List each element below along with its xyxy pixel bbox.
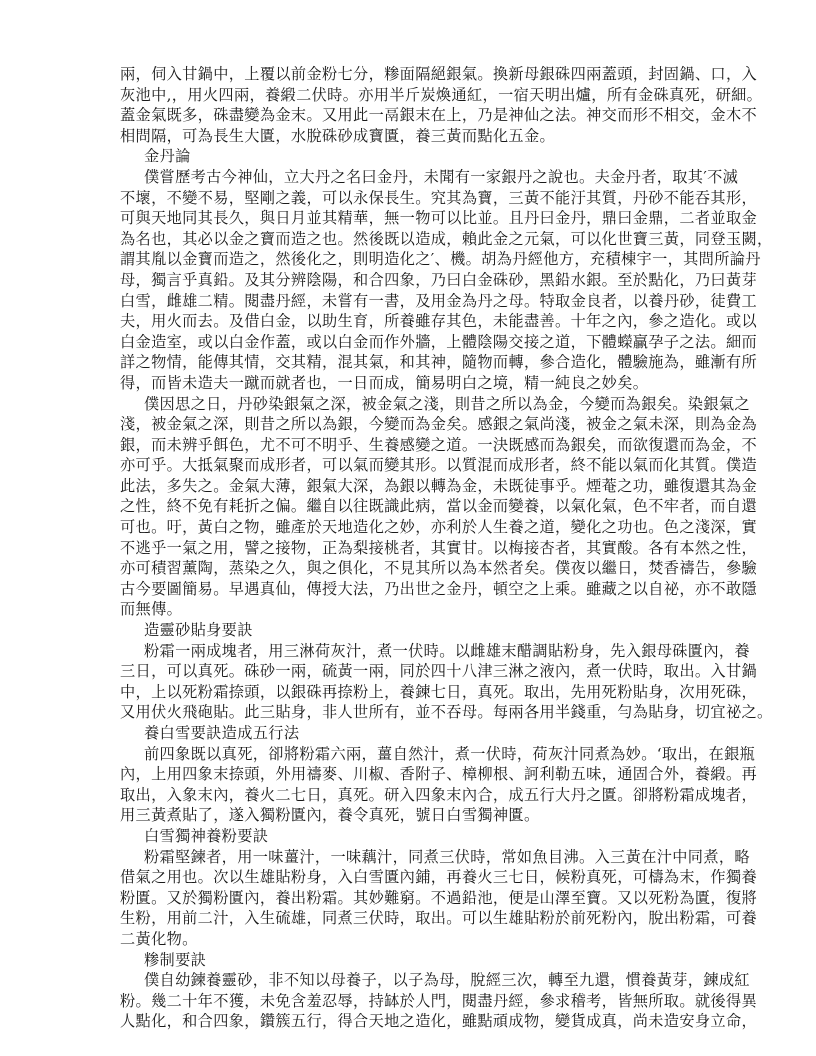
paragraph-line: 淺，被金氣之深，則昔之所以為銀，今變而為金矣。感銀之氣尚淺，被金之氣未深，則為金… — [120, 414, 698, 435]
section-heading: 白雪獨神養粉要訣 — [120, 826, 698, 847]
paragraph-line: 母，獨言乎真鉛。及其分辨陰陽，和合四象，乃曰白金硃砂，黑鉛水銀。至於點化，乃曰黃… — [120, 270, 698, 291]
paragraph-line: 可也。吁，黃白之物，雖產於天地造化之妙，亦利於人生養之道，變化之功也。色之淺深，… — [120, 517, 698, 538]
paragraph-line: 二黃化物。 — [120, 929, 698, 950]
section-heading: 金丹論 — [120, 146, 698, 167]
paragraph-line: 夫，用火而去。及借白金，以助生育，所養雖存其色，未能盡善。十年之內，參之造化。或… — [120, 311, 698, 332]
paragraph-line: 得，而皆未造夫一蹴而就者也，一日而成，簡易明白之境，精一純良之妙矣。 — [120, 373, 698, 394]
paragraph-line: 此法，多失之。金氣大薄，銀氣大深，為銀以轉為金，未既徒事乎。煙菴之功，雖復還其為… — [120, 476, 698, 497]
paragraph-line: 白雪，雌雄二精。閱盡丹經，未嘗有一書，及用金為丹之母。特取金良者，以養丹砂，徒費… — [120, 291, 698, 312]
paragraph-line: 中，上以死粉霜捺頭，以銀硃再捺粉上，養鍊七日，真死。取出，先用死粉貼身，次用死硃… — [120, 682, 698, 703]
section-heading: 造靈砂貼身要訣 — [120, 620, 698, 641]
paragraph-line: 兩，伺入甘鍋中，上覆以前金粉七分，糁面隔絕銀氣。換新母銀硃四兩蓋頭，封固鍋、口，… — [120, 64, 698, 85]
paragraph-first-line: 前四象既以真死，卻將粉霜六兩，薑自然汁，煮一伏時，荷灰汁同煮為妙。‘取出，在銀瓶 — [120, 744, 698, 765]
paragraph-line: 生粉，用前二汁，入生硫雄，同煮三伏時，取出。可以生雄貼粉於前死粉內，脫出粉霜，可… — [120, 908, 698, 929]
paragraph-line: 相問隔，可為長生大匱，水脫硃砂成寶匱，養三黃而點化五金。 — [120, 126, 698, 147]
paragraph-line: 謂其胤以金寶而造之，然後化之，則明造化之′、機。胡為丹經他方，充積棟宇一，其問所… — [120, 249, 698, 270]
paragraph-line: 三日，可以真死。硃砂一兩，硫黃一兩，同於四十八津三淋之液內，煮一伏時，取出。入甘… — [120, 661, 698, 682]
paragraph-line: 銀，而未辨乎餌色，尤不可不明乎、生養感變之道。一決既感而為銀矣，而欲復還而為金，… — [120, 435, 698, 456]
section-heading: 糁制要訣 — [120, 950, 698, 971]
section-heading: 養白雪要訣造成五行法 — [120, 723, 698, 744]
paragraph-line: 不壞，不變不易，堅剛之義，可以永保長生。究其為寶，三黃不能汙其質，丹砂不能吞其形… — [120, 188, 698, 209]
paragraph-line: 之性，終不免有耗折之偏。繼自以往既識此病，當以金而變養，以氣化氣，色不牢者，而自… — [120, 496, 698, 517]
paragraph-line: 亦可乎。大抵氣聚而成形者，可以氣而變其形。以質混而成形者，終不能以氣而化其質。僕… — [120, 455, 698, 476]
paragraph-line: 灰池中,，用火四兩，養緞二伏時。亦用半斤炭煥通紅，一宿天明出爐，所有金硃真死，研… — [120, 85, 698, 106]
paragraph-line: 人點化，和合四象，鑽簇五行，得合天地之造化，雖點頑成物，變貨成真，尚未造安身立命… — [120, 1011, 698, 1032]
paragraph-line: 又用伏火飛砲貼。此三貼身，非人世所有，並不吞母。每兩各用半錢重，勻為貼身，切宜祕… — [120, 702, 698, 723]
paragraph-line: 不逃乎一氣之用，譬之接物，正為梨接桃者，其實甘。以梅接杏者，其實酸。各有本然之性… — [120, 538, 698, 559]
paragraph-first-line: 僕因思之日，丹砂染銀氣之深，被金氣之淺，則昔之所以為金，今變而為銀矣。染銀氣之 — [120, 394, 698, 415]
paragraph-line: 內，上用四象末捺頭，外用禱麥、川椒、香附子、樟柳根、訶利勒五味，通固合外，養緞。… — [120, 764, 698, 785]
paragraph-line: 古今要圖簡易。早遇真仙，傳授大法，乃出世之金丹，頓空之上乘。雖藏之以自祕，亦不敢… — [120, 579, 698, 600]
paragraph-line: 為名也，其必以金之寶而造之也。然後既以造成，賴此金之元氣，可以化世寶三黃，同登玉… — [120, 229, 698, 250]
paragraph-line: 詳之物情，能傳其情，交其精，混其氣，和其神，隨物而轉，參合造化，體驗施為，雖漸有… — [120, 352, 698, 373]
paragraph-first-line: 粉霜一兩成塊者，用三淋荷灰汁，煮一伏時。以雌雄末醋調貼粉身，先入銀母硃匱內，養 — [120, 641, 698, 662]
paragraph-line: 借氣之用也。次以生雄貼粉身，入白雪匱內鋪，再養火三七日，候粉真死，可檮為末，作獨… — [120, 867, 698, 888]
paragraph-line: 粉。幾二十年不獲，未免含羞忍辱，持缽於人門，閱盡丹經，參求稽考，皆無所取。就後得… — [120, 991, 698, 1012]
paragraph-line: 亦可積習薰陶，蒸染之久，與之俱化，不見其所以為本然者矣。僕夜以繼日，焚香禱告，參… — [120, 558, 698, 579]
paragraph-line: 用三黃煮貼了，遂入獨粉匱內，養令真死，號日白雪獨神匱。 — [120, 805, 698, 826]
document-page: 兩，伺入甘鍋中，上覆以前金粉七分，糁面隔絕銀氣。換新母銀硃四兩蓋頭，封固鍋、口，… — [120, 64, 698, 1032]
paragraph-line: 蓋金氣既多，硃盡變為金末。又用此一鬲銀末在上，乃是神仙之法。神交而形不相交，金木… — [120, 105, 698, 126]
paragraph-line: 可與天地同其長久，與日月並其精華，無一物可以比並。且丹曰金丹，鼎曰金鼎，二者並取… — [120, 208, 698, 229]
paragraph-line: 粉匱。又於獨粉匱內，養出粉霜。其妙難窮。不過鉛池，便是山澤至寶。又以死粉為匱，復… — [120, 888, 698, 909]
paragraph-line: 白金造室，或以白金作蓋，或以白金而作外牆，上體陰陽交接之道，下體蠑贏孕子之法。細… — [120, 332, 698, 353]
paragraph-first-line: 僕嘗歷考古今神仙，立大丹之名曰金丹，未聞有一家銀丹之說也。夫金丹者，取其′不滅 — [120, 167, 698, 188]
paragraph-first-line: 粉霜堅鍊者，用一味薑汁，一味藕汁，同煮三伏時，常如魚目沸。入三黃在汁中同煮，略 — [120, 847, 698, 868]
paragraph-line: 取出，入象末內，養火二七日，真死。研入四象末內合，成五行大丹之匱。卻將粉霜成塊者… — [120, 785, 698, 806]
paragraph-line: 而無傳。 — [120, 599, 698, 620]
paragraph-first-line: 僕自幼鍊養靈砂，非不知以母養子，以子為母，脫經三次，轉至九還，慣養黃芽，鍊成紅 — [120, 970, 698, 991]
